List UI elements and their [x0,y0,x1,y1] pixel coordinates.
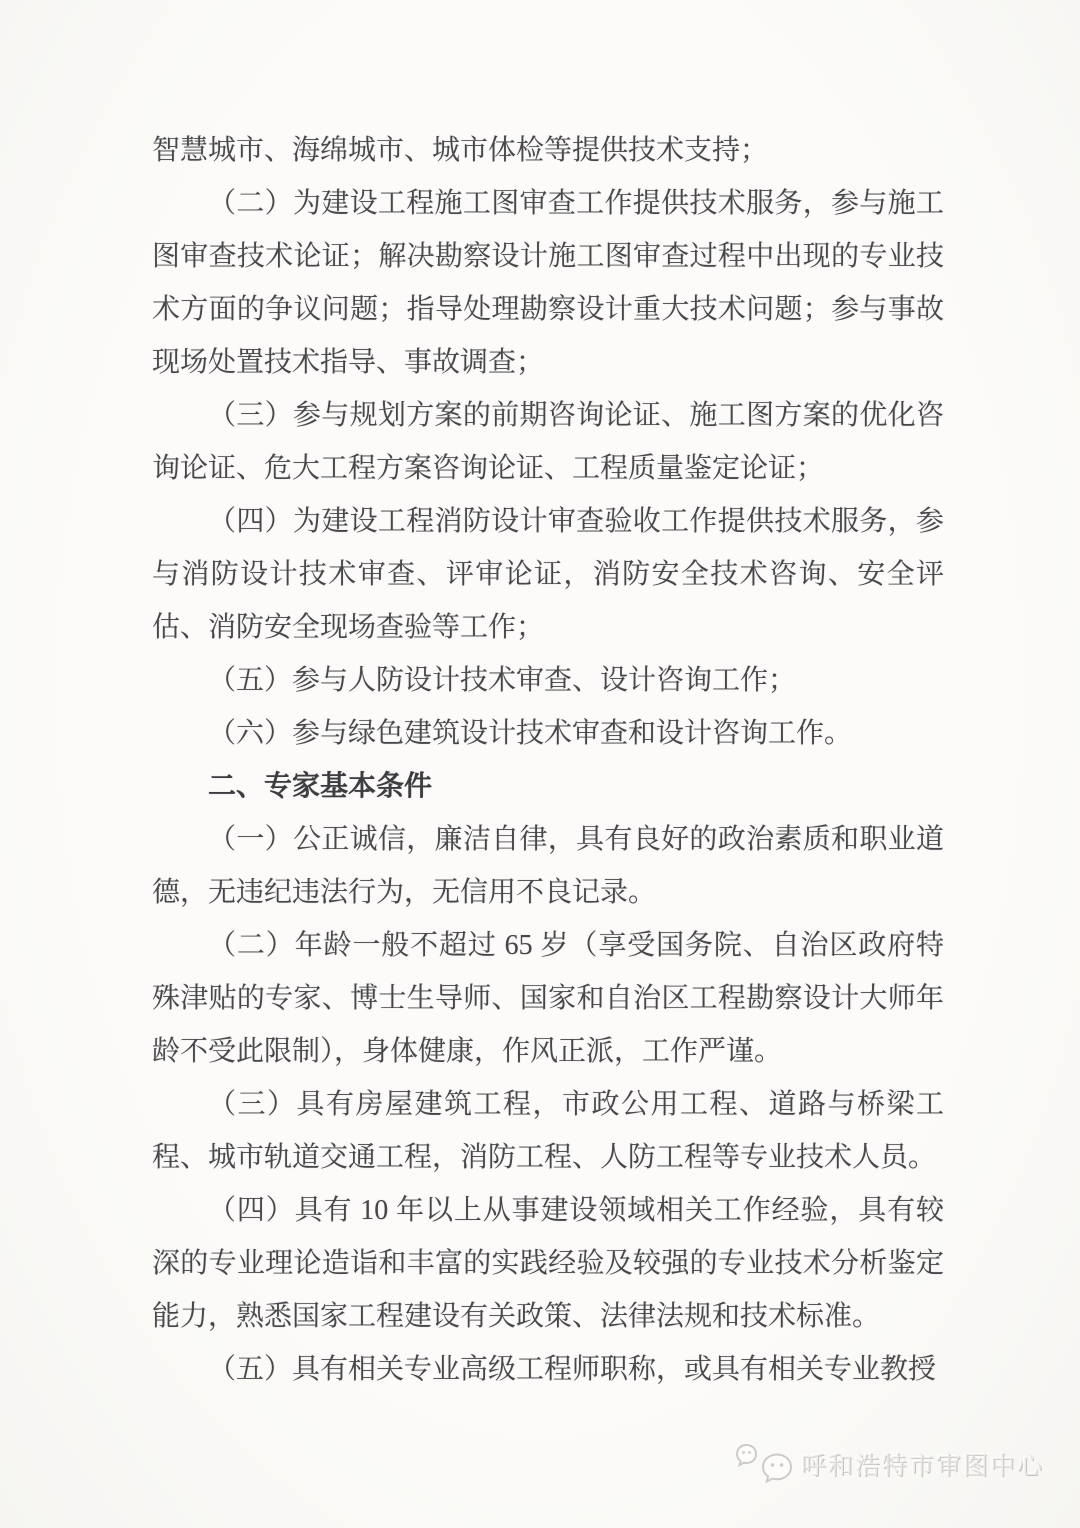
paragraph: （二）为建设工程施工图审查工作提供技术服务，参与施工图审查技术论证；解决勘察设计… [152,177,944,389]
section-heading: 二、专家基本条件 [152,760,944,813]
paragraph: （三）具有房屋建筑工程，市政公用工程、道路与桥梁工程、城市轨道交通工程，消防工程… [152,1078,944,1184]
paragraph: （五）参与人防设计技术审查、设计咨询工作； [152,654,944,707]
paragraph: （六）参与绿色建筑设计技术审查和设计咨询工作。 [152,707,944,760]
paragraph: 智慧城市、海绵城市、城市体检等提供技术支持； [152,124,944,177]
document-body: 智慧城市、海绵城市、城市体检等提供技术支持； （二）为建设工程施工图审查工作提供… [152,124,944,1396]
paragraph: （五）具有相关专业高级工程师职称，或具有相关专业教授 [152,1343,944,1396]
document-page: 智慧城市、海绵城市、城市体检等提供技术支持； （二）为建设工程施工图审查工作提供… [0,0,1080,1528]
paragraph: （一）公正诚信，廉洁自律，具有良好的政治素质和职业道德，无违纪违法行为，无信用不… [152,813,944,919]
paragraph: （四）具有 10 年以上从事建设领域相关工作经验，具有较深的专业理论造诣和丰富的… [152,1184,944,1343]
watermark: 呼和浩特市审图中心 [735,1440,1044,1488]
paragraph: （三）参与规划方案的前期咨询论证、施工图方案的优化咨询论证、危大工程方案咨询论证… [152,389,944,495]
wechat-icon [735,1440,793,1488]
paragraph: （四）为建设工程消防设计审查验收工作提供技术服务，参与消防设计技术审查、评审论证… [152,495,944,654]
watermark-label: 呼和浩特市审图中心 [801,1446,1044,1482]
paragraph: （二）年龄一般不超过 65 岁（享受国务院、自治区政府特殊津贴的专家、博士生导师… [152,919,944,1078]
